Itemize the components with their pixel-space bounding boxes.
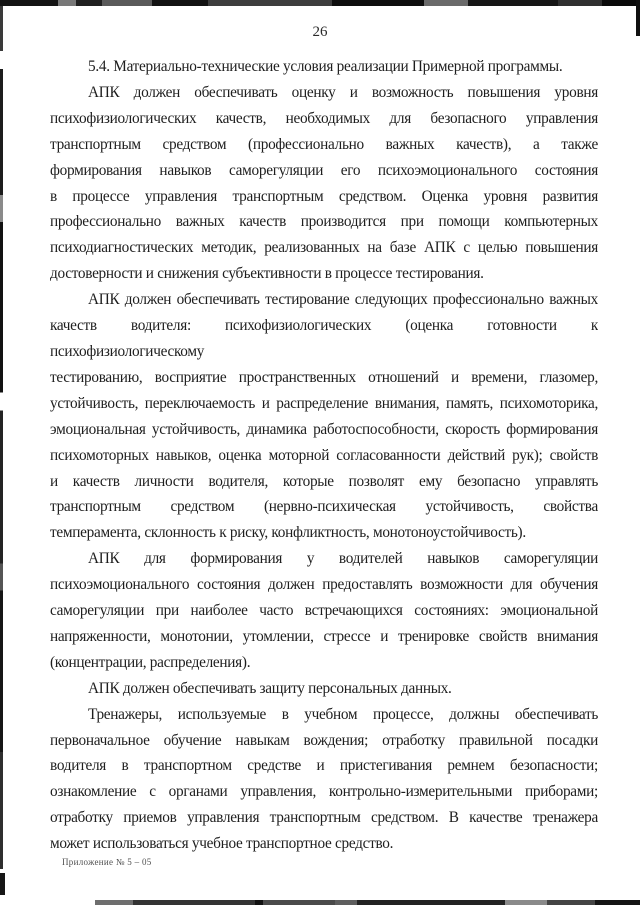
text-line: транспортным средством (профессионально …	[50, 132, 598, 158]
text-line: водителя в транспортном средстве и прист…	[50, 753, 598, 779]
document-page: 26 5.4. Материально-технические условия …	[0, 0, 640, 905]
text-line: ознакомление с органами управления, конт…	[50, 779, 598, 805]
scan-mark-bottom-left	[0, 873, 5, 895]
page-number: 26	[0, 24, 640, 41]
text-line: отработку приемов управления транспортны…	[50, 805, 598, 831]
text-line: саморегуляции при наиболее часто встреча…	[50, 598, 598, 624]
text-line: АПК должен обеспечивать тестирование сле…	[50, 287, 598, 313]
text-line: транспортным средством (нервно-психическ…	[50, 494, 598, 520]
text-line: профессионально важных качеств производи…	[50, 209, 598, 235]
text-line: первоначальное обучение навыкам вождения…	[50, 728, 598, 754]
text-line: устойчивость, переключаемость и распреде…	[50, 391, 598, 417]
text-line: в процессе управления транспортным средс…	[50, 184, 598, 210]
text-line: психофизиологических качеств, необходимы…	[50, 106, 598, 132]
text-line: напряженности, монотонии, утомлении, стр…	[50, 624, 598, 650]
text-line: достоверности и снижения субъективности …	[50, 261, 598, 287]
text-line: эмоциональная устойчивость, динамика раб…	[50, 417, 598, 443]
text-line: Тренажеры, используемые в учебном процес…	[50, 702, 598, 728]
document-body: 5.4. Материально-технические условия реа…	[50, 54, 598, 857]
paragraph: АПК для формирования у водителей навыков…	[50, 546, 598, 676]
paragraph: 5.4. Материально-технические условия реа…	[50, 54, 598, 80]
text-line: АПК должен обеспечивать оценку и возможн…	[50, 80, 598, 106]
text-line: АПК для формирования у водителей навыков…	[50, 546, 598, 572]
paragraph: АПК должен обеспечивать защиту персональ…	[50, 676, 598, 702]
paragraph: АПК должен обеспечивать оценку и возможн…	[50, 80, 598, 287]
text-line: качеств водителя: психофизиологических (…	[50, 313, 598, 365]
text-line: может использоваться учебное транспортно…	[50, 831, 598, 857]
footer-note: Приложение № 5 – 05	[62, 857, 152, 867]
scan-edge-bottom	[95, 900, 640, 905]
paragraph: Тренажеры, используемые в учебном процес…	[50, 702, 598, 857]
text-line: психомоторных навыков, оценка моторной с…	[50, 443, 598, 469]
paragraph: АПК должен обеспечивать тестирование сле…	[50, 287, 598, 546]
text-line: темперамента, склонность к риску, конфли…	[50, 520, 598, 546]
text-line: АПК должен обеспечивать защиту персональ…	[50, 676, 598, 702]
text-line: формирования навыков саморегуляции его п…	[50, 158, 598, 184]
text-line: и качеств личности водителя, которые поз…	[50, 469, 598, 495]
scan-edge-left	[0, 6, 3, 905]
text-line: 5.4. Материально-технические условия реа…	[50, 54, 598, 80]
scan-edge-top	[0, 0, 640, 6]
text-line: тестированию, восприятие пространственны…	[50, 365, 598, 391]
text-line: психоэмоционального состояния должен пре…	[50, 572, 598, 598]
text-line: (концентрации, распределения).	[50, 650, 598, 676]
text-line: психодиагностических методик, реализован…	[50, 235, 598, 261]
